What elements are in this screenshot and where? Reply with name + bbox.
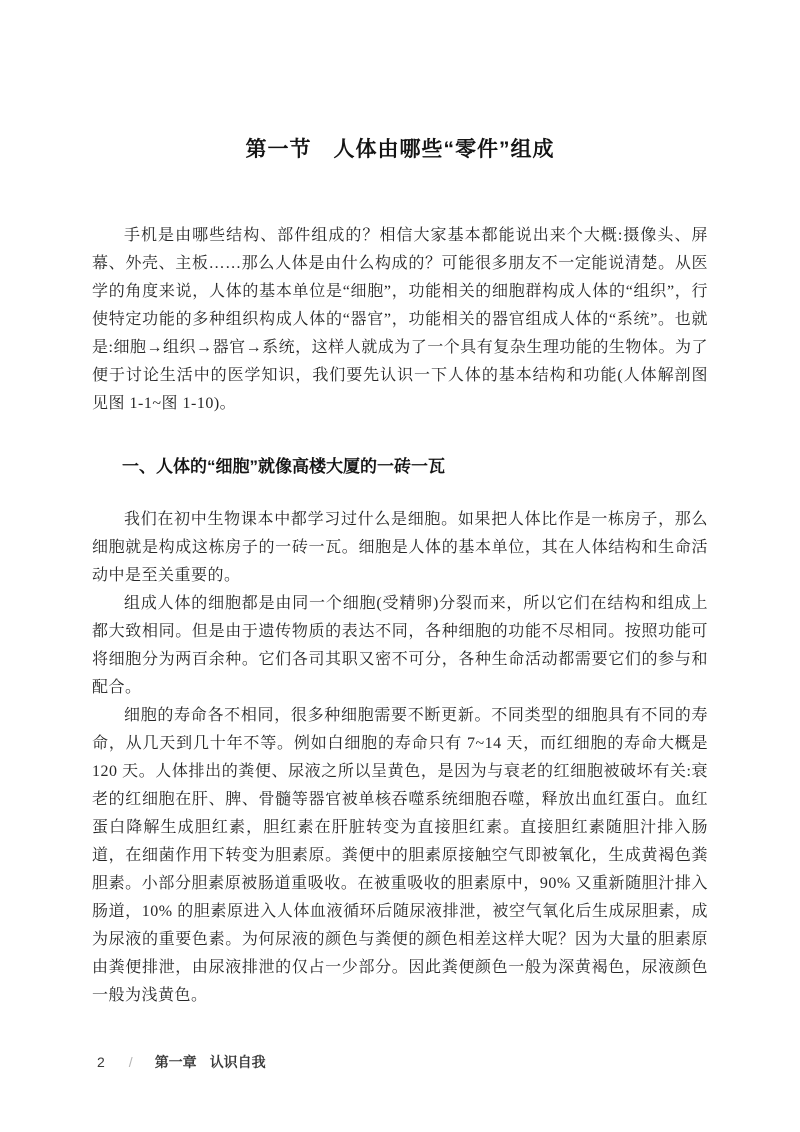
- book-page: 第一节 人体由哪些“零件”组成 手机是由哪些结构、部件组成的？相信大家基本都能说…: [0, 0, 800, 1132]
- paragraph: 细胞的寿命各不相同，很多种细胞需要不断更新。不同类型的细胞具有不同的寿命，从几天…: [92, 702, 708, 1010]
- intro-paragraph-block: 手机是由哪些结构、部件组成的？相信大家基本都能说出来个大概:摄像头、屏幕、外壳、…: [92, 222, 708, 418]
- paragraph: 组成人体的细胞都是由同一个细胞(受精卵)分裂而来，所以它们在结构和组成上都大致相…: [92, 590, 708, 702]
- paragraph: 手机是由哪些结构、部件组成的？相信大家基本都能说出来个大概:摄像头、屏幕、外壳、…: [92, 222, 708, 418]
- section-body: 我们在初中生物课本中都学习过什么是细胞。如果把人体比作是一栋房子，那么细胞就是构…: [92, 506, 708, 1010]
- paragraph: 我们在初中生物课本中都学习过什么是细胞。如果把人体比作是一栋房子，那么细胞就是构…: [92, 506, 708, 590]
- chapter-title: 认识自我: [210, 1053, 266, 1071]
- page-number: 2: [97, 1053, 105, 1071]
- page-footer: 2 / 第一章 认识自我: [97, 1053, 266, 1071]
- chapter-label: 第一章: [155, 1053, 197, 1071]
- footer-separator: /: [129, 1053, 133, 1071]
- page-title: 第一节 人体由哪些“零件”组成: [0, 138, 800, 162]
- section-heading: 一、人体的“细胞”就像高楼大厦的一砖一瓦: [92, 454, 708, 480]
